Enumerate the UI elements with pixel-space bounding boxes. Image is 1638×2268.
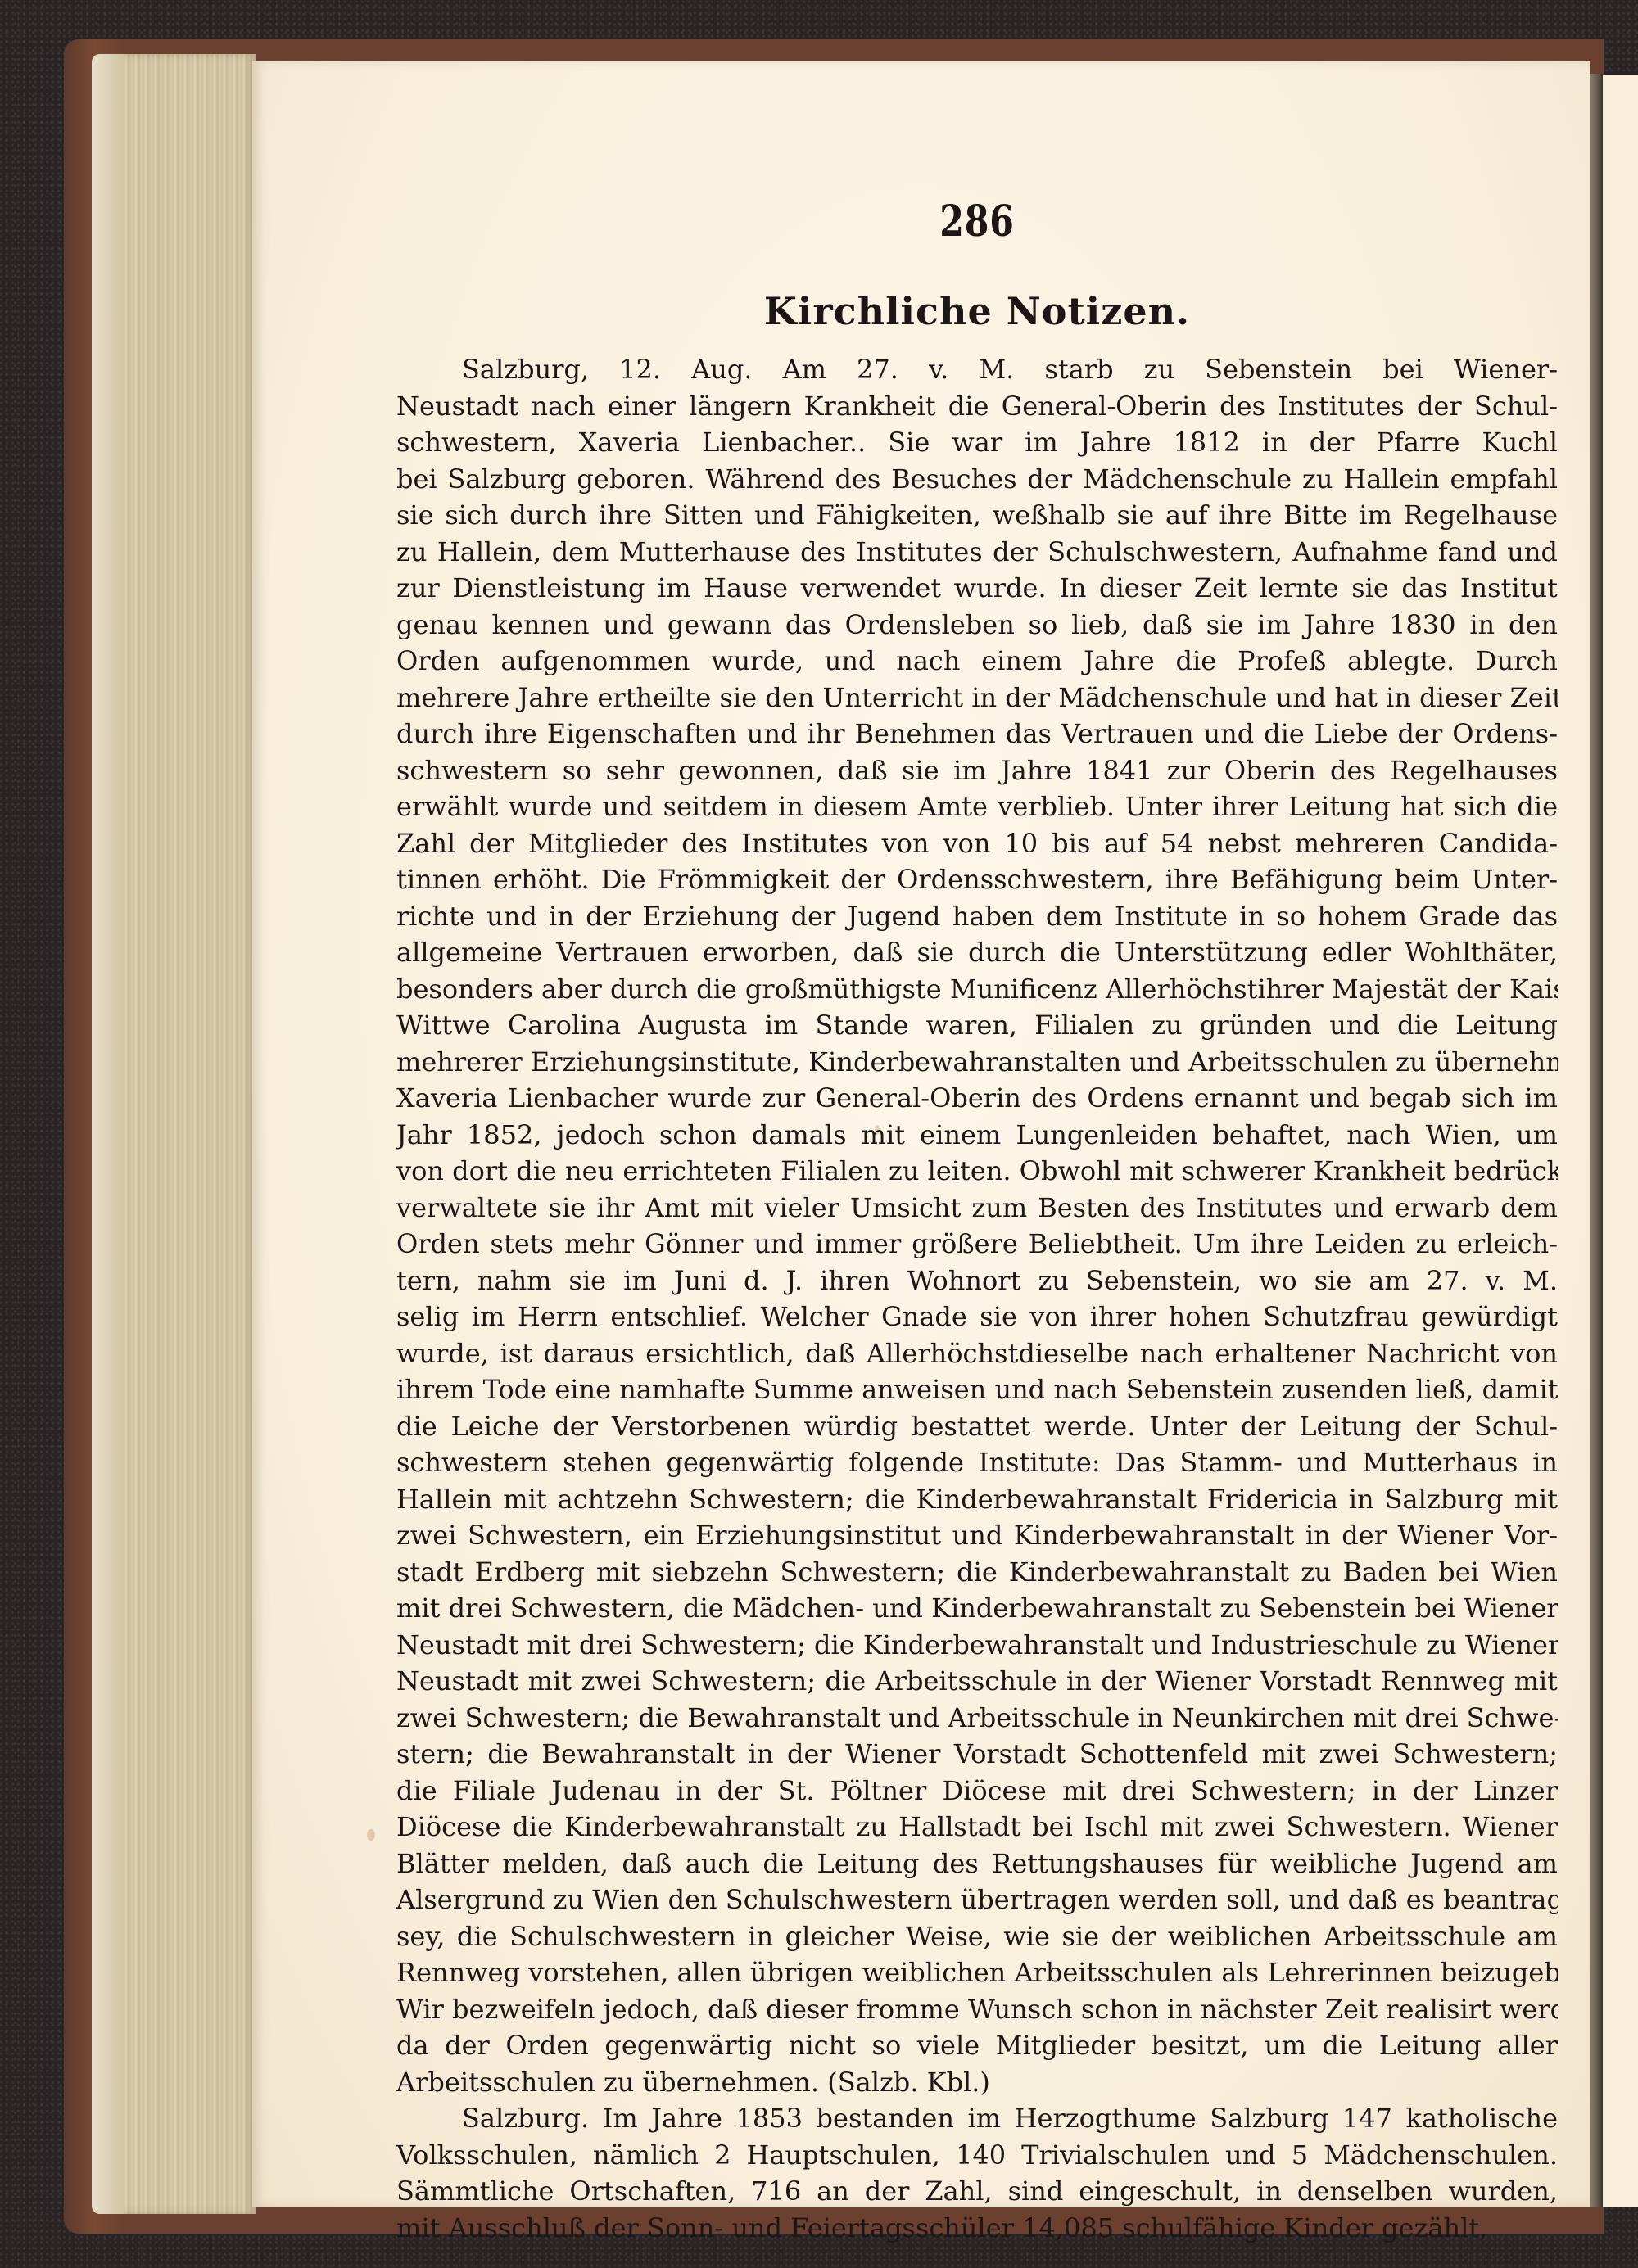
book-gutter bbox=[1590, 74, 1603, 2207]
text-line: die Leiche der Verstorbenen würdig besta… bbox=[396, 1408, 1558, 1445]
text-line: die Filiale Judenau in der St. Pöltner D… bbox=[396, 1773, 1558, 1809]
text-line: Neustadt mit drei Schwestern; die Kinder… bbox=[396, 1627, 1558, 1664]
paper-stain bbox=[367, 1829, 375, 1841]
text-line: erwählt wurde und seitdem in diesem Amte… bbox=[396, 788, 1558, 825]
text-line: genau kennen und gewann das Ordensleben … bbox=[396, 607, 1558, 644]
text-line: Arbeitsschulen zu übernehmen. (Salzb. Kb… bbox=[396, 2064, 1558, 2101]
text-line: zwei Schwestern; die Bewahranstalt und A… bbox=[396, 1700, 1558, 1737]
text-line: mit Ausschluß der Sonn- und Feiertagssch… bbox=[396, 2210, 1558, 2247]
text-line: selig im Herrn entschlief. Welcher Gnade… bbox=[396, 1299, 1558, 1335]
text-line: Rennweg vorstehen, allen übrigen weiblic… bbox=[396, 1954, 1558, 1991]
section-heading: Kirchliche Notizen. bbox=[396, 289, 1558, 333]
text-line: von dort die neu errichteten Filialen zu… bbox=[396, 1153, 1558, 1190]
text-line: sey, die Schulschwestern in gleicher Wei… bbox=[396, 1918, 1558, 1955]
text-line: Zahl der Mitglieder des Institutes von v… bbox=[396, 825, 1558, 862]
text-line: durch ihre Eigenschaften und ihr Benehme… bbox=[396, 716, 1558, 752]
text-line: allgemeine Vertrauen erworben, daß sie d… bbox=[396, 934, 1558, 971]
text-line: schwestern stehen gegenwärtig folgende I… bbox=[396, 1444, 1558, 1481]
text-line: richte und in der Erziehung der Jugend h… bbox=[396, 898, 1558, 935]
page-edges-stack bbox=[92, 54, 256, 2214]
text-line: Sämmtliche Ortschaften, 716 an der Zahl,… bbox=[396, 2173, 1558, 2210]
text-line: da der Orden gegenwärtig nicht so viele … bbox=[396, 2027, 1558, 2064]
text-line: stern; die Bewahranstalt in der Wiener V… bbox=[396, 1736, 1558, 1773]
text-line: Orden stets mehr Gönner und immer größer… bbox=[396, 1226, 1558, 1263]
page-number: 286 bbox=[501, 197, 1454, 246]
text-line: Blätter melden, daß auch die Leitung des… bbox=[396, 1846, 1558, 1882]
text-line: tinnen erhöht. Die Frömmigkeit der Orden… bbox=[396, 861, 1558, 898]
text-line: besonders aber durch die großmüthigste M… bbox=[396, 971, 1558, 1008]
text-line: bei Salzburg geboren. Während des Besuch… bbox=[396, 461, 1558, 498]
text-line: Volksschulen, nämlich 2 Hauptschulen, 14… bbox=[396, 2137, 1558, 2174]
text-line: zur Dienstleistung im Hause verwendet wu… bbox=[396, 570, 1558, 607]
text-line: ihrem Tode eine namhafte Summe anweisen … bbox=[396, 1371, 1558, 1408]
text-line: mehrerer Erziehungsinstitute, Kinderbewa… bbox=[396, 1044, 1558, 1081]
article-salzburg-schools: Salzburg. Im Jahre 1853 bestanden im Her… bbox=[396, 2100, 1558, 2246]
text-line: tern, nahm sie im Juni d. J. ihren Wohno… bbox=[396, 1263, 1558, 1299]
text-line: zwei Schwestern, ein Erziehungsinstitut … bbox=[396, 1517, 1558, 1554]
text-line: sie sich durch ihre Sitten und Fähigkeit… bbox=[396, 497, 1558, 534]
text-line: schwestern so sehr gewonnen, daß sie im … bbox=[396, 752, 1558, 789]
page-text-block: 286 Kirchliche Notizen. Salzburg, 12. Au… bbox=[396, 197, 1558, 2246]
text-line: Wittwe Carolina Augusta im Stande waren,… bbox=[396, 1007, 1558, 1044]
text-line: Alsergrund zu Wien den Schulschwestern ü… bbox=[396, 1882, 1558, 1918]
text-line: verwaltete sie ihr Amt mit vieler Umsich… bbox=[396, 1190, 1558, 1227]
text-line: Neustadt nach einer längern Krankheit di… bbox=[396, 388, 1558, 425]
text-line: mit drei Schwestern, die Mädchen- und Ki… bbox=[396, 1590, 1558, 1627]
text-line: mehrere Jahre ertheilte sie den Unterric… bbox=[396, 680, 1558, 716]
text-line: Neustadt mit zwei Schwestern; die Arbeit… bbox=[396, 1663, 1558, 1700]
text-line: Hallein mit achtzehn Schwestern; die Kin… bbox=[396, 1481, 1558, 1518]
text-line: Orden aufgenommen wurde, und nach einem … bbox=[396, 643, 1558, 680]
text-line: Xaveria Lienbacher wurde zur General-Obe… bbox=[396, 1080, 1558, 1117]
text-line: Diöcese die Kinderbewahranstalt zu Halls… bbox=[396, 1809, 1558, 1846]
text-line: Wir bezweifeln jedoch, daß dieser fromme… bbox=[396, 1991, 1558, 2028]
text-line: stadt Erdberg mit siebzehn Schwestern; d… bbox=[396, 1554, 1558, 1591]
article-obituary-lienbacher: Salzburg, 12. Aug. Am 27. v. M. starb zu… bbox=[396, 351, 1558, 2100]
next-page-edge bbox=[1603, 75, 1638, 2207]
text-line: Jahr 1852, jedoch schon damals mit einem… bbox=[396, 1117, 1558, 1154]
text-line: Salzburg, 12. Aug. Am 27. v. M. starb zu… bbox=[396, 351, 1558, 388]
text-line: zu Hallein, dem Mutterhause des Institut… bbox=[396, 534, 1558, 571]
text-line: schwestern, Xaveria Lienbacher.. Sie war… bbox=[396, 424, 1558, 461]
text-line: Salzburg. Im Jahre 1853 bestanden im Her… bbox=[396, 2100, 1558, 2137]
text-line: wurde, ist daraus ersichtlich, daß Aller… bbox=[396, 1335, 1558, 1372]
